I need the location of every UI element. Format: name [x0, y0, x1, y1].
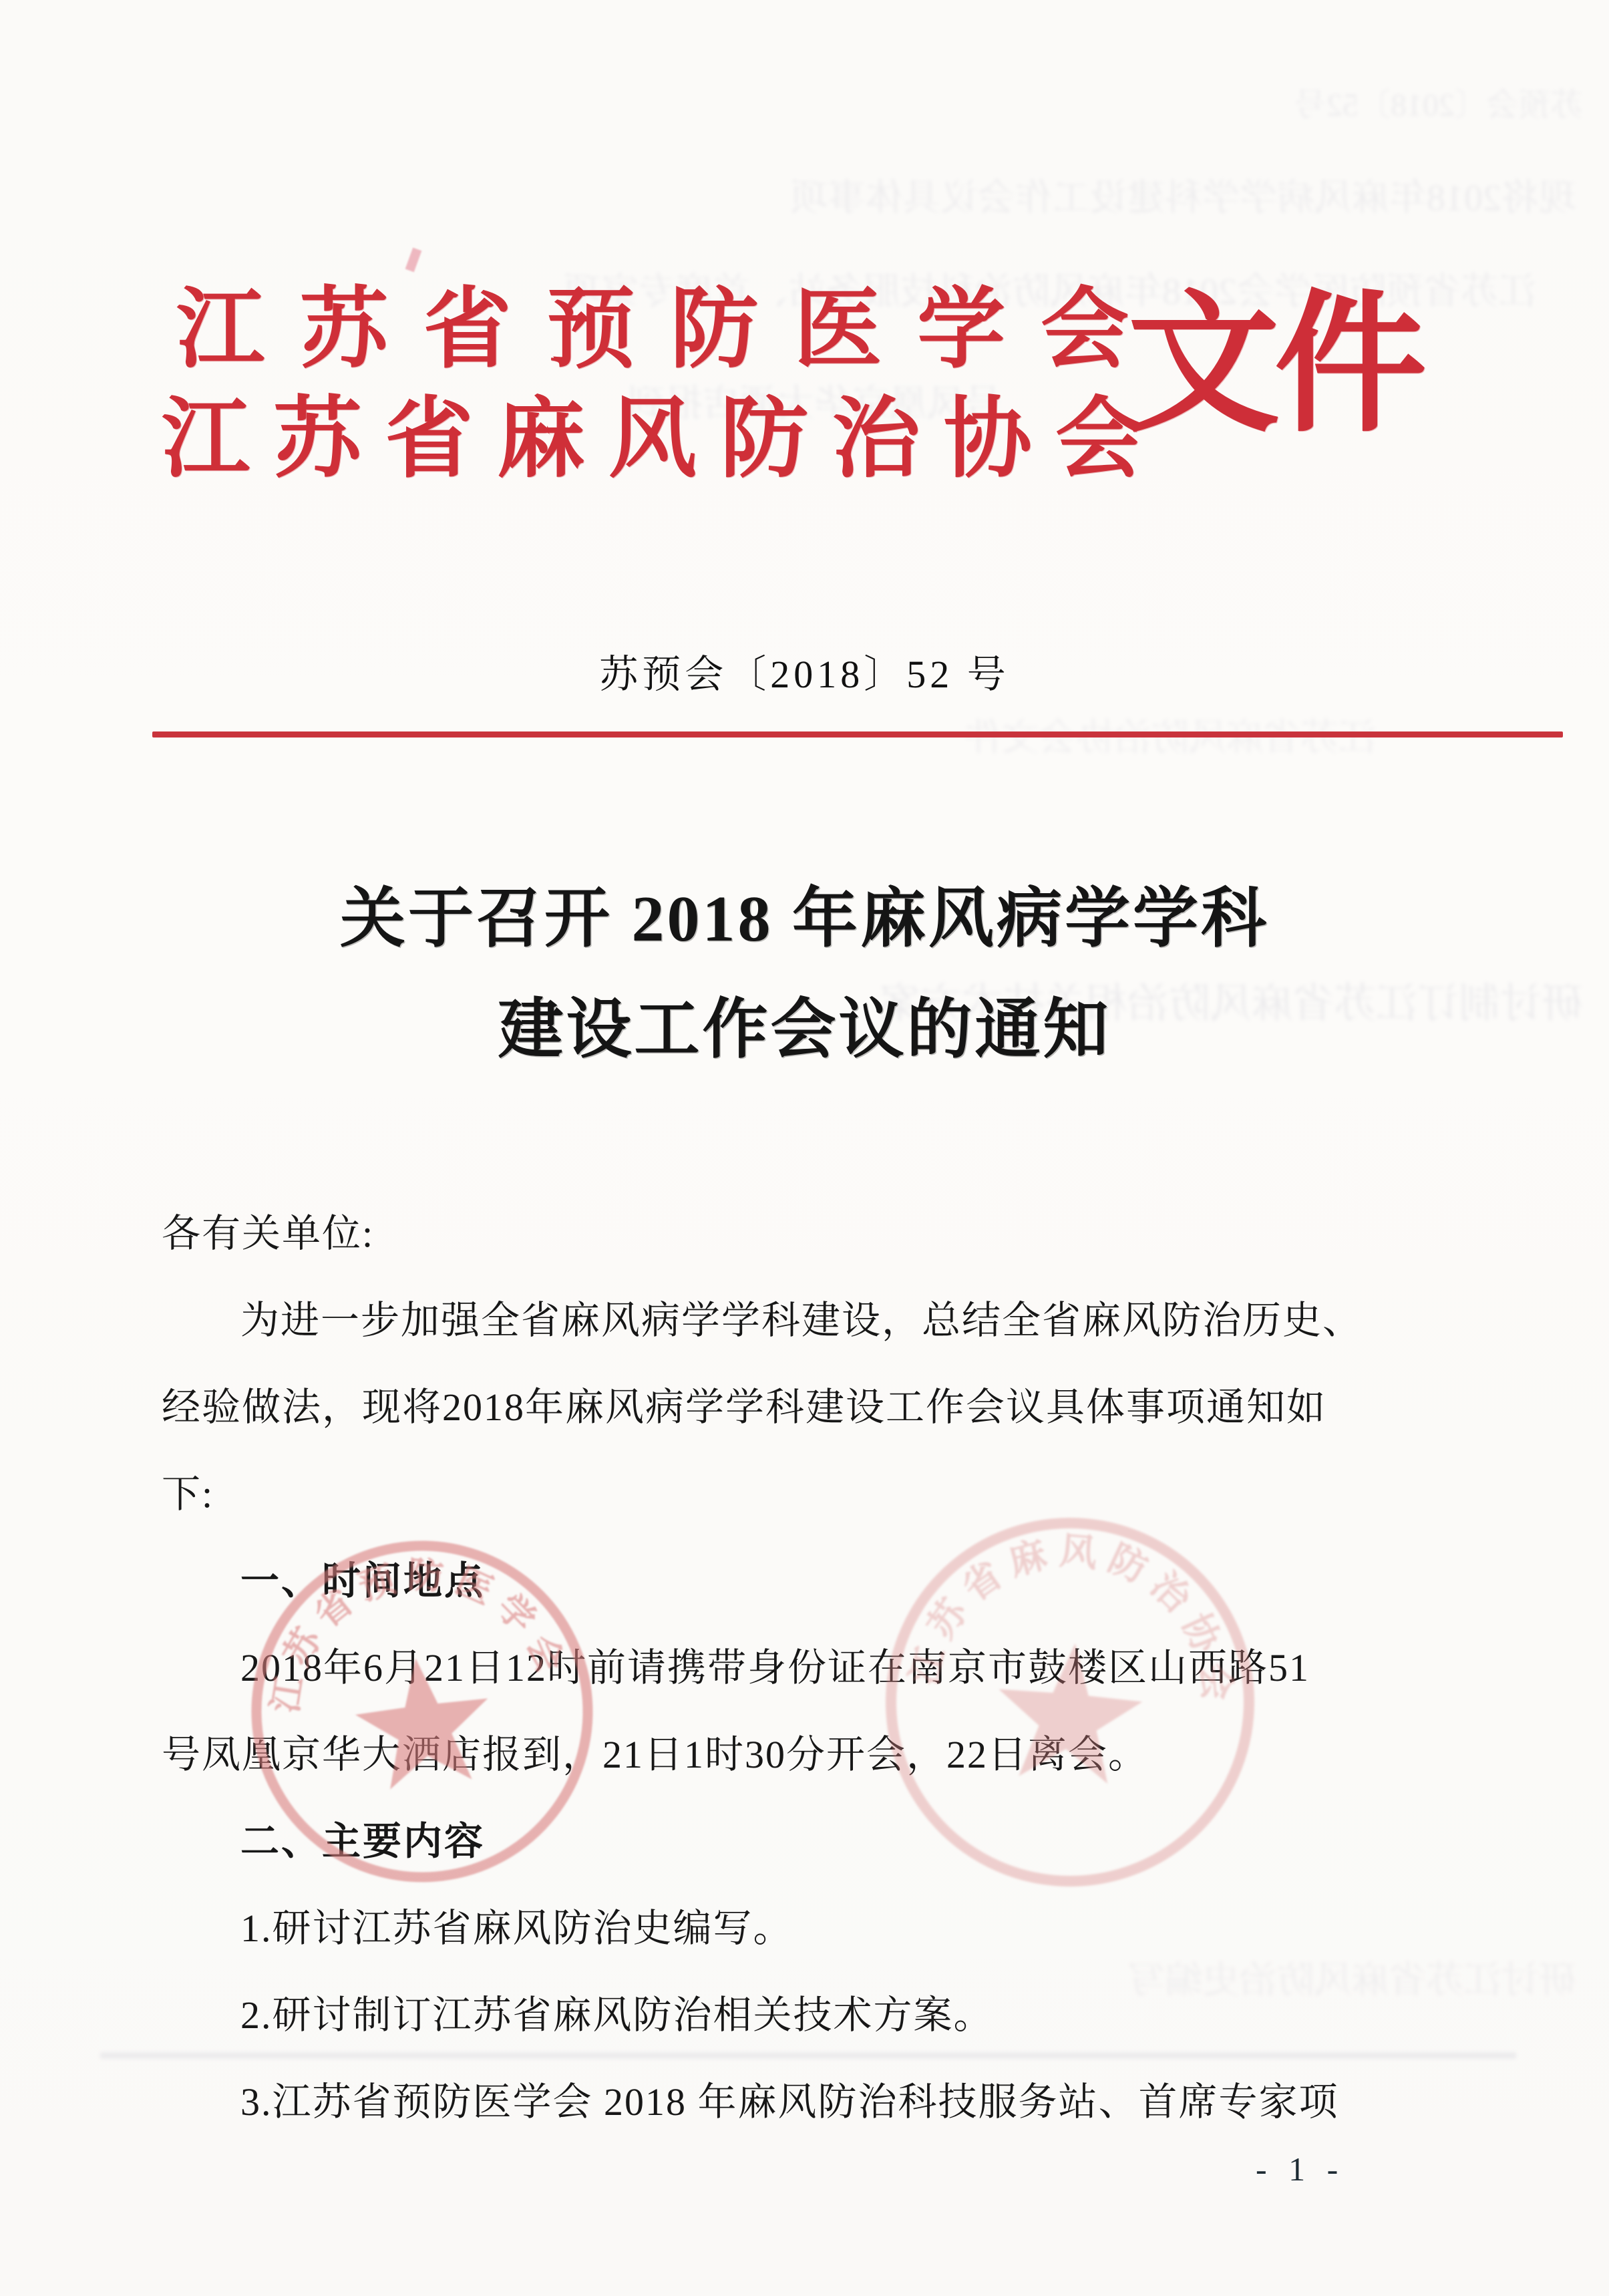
document-title-line-1: 关于召开 2018 年麻风病学学科	[0, 866, 1609, 960]
body-line: 3.江苏省预防医学会 2018 年麻风防治科技服务站、首席专家项	[162, 2059, 1538, 2146]
page-number: - 1 -	[1256, 2150, 1345, 2188]
letterhead-org-line-2: 江苏省麻风防治协会	[162, 393, 1143, 486]
document-number: 苏预会〔2018〕52 号	[0, 643, 1609, 699]
document-title-line-2: 建设工作会议的通知	[0, 977, 1609, 1071]
letterhead-document-mark: 文件	[1127, 273, 1421, 460]
bleed-through-text: 苏预会〔2018〕52号	[1289, 79, 1583, 125]
body-line: 二、主要内容	[162, 1798, 1538, 1885]
body-line: 2018年6月21日12时前请携带身份证在南京市鼓楼区山西路51	[162, 1625, 1538, 1711]
bleed-through-text: 现将2018年麻风病学学科建设工作会议具体事项	[721, 168, 1576, 222]
document-body: 各有关单位: 为进一步加强全省麻风病学学科建设，总结全省麻风防治历史、 经验做法…	[162, 1190, 1538, 2146]
body-line: 1.研讨江苏省麻风防治史编写。	[162, 1885, 1538, 1972]
scanned-official-document: 苏预会〔2018〕52号 现将2018年麻风病学学科建设工作会议具体事项 江苏省…	[0, 0, 1609, 2296]
body-line: 号凤凰京华大酒店报到，21日1时30分开会，22日离会。	[162, 1711, 1538, 1798]
body-lines: 各有关单位: 为进一步加强全省麻风病学学科建设，总结全省麻风防治历史、 经验做法…	[162, 1190, 1538, 2146]
letterhead-org-line-1: 江苏省预防医学会	[162, 283, 1143, 377]
body-line: 为进一步加强全省麻风病学学科建设，总结全省麻风防治历史、	[162, 1277, 1538, 1364]
body-line: 下:	[162, 1451, 1538, 1538]
body-line: 2.研讨制订江苏省麻风防治相关技术方案。	[162, 1972, 1538, 2059]
red-separator-rule	[152, 731, 1563, 737]
body-line: 经验做法，现将2018年麻风病学学科建设工作会议具体事项通知如	[162, 1364, 1538, 1451]
body-line: 各有关单位:	[162, 1190, 1538, 1277]
body-line: 一、时间地点	[162, 1538, 1538, 1625]
